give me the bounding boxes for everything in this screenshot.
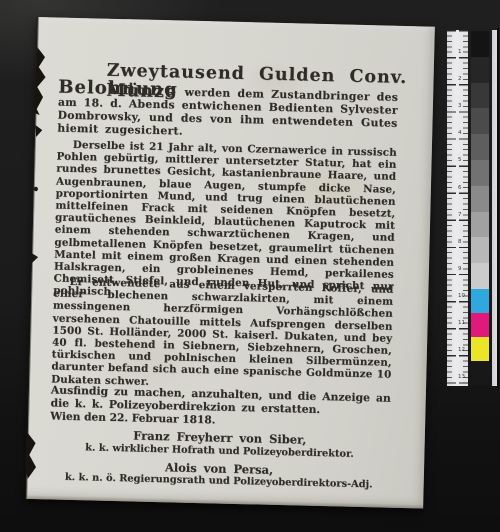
ruler-number: 5 <box>458 157 462 163</box>
ruler-number: 10 <box>458 293 465 299</box>
document-paper: Zweytausend Gulden Conv. Münze Belohnung… <box>26 17 435 509</box>
cyan-patch <box>471 289 489 313</box>
ruler-number: 11 <box>458 320 465 326</box>
gray-step <box>471 83 489 109</box>
calibration-ruler: 12345678910111213 <box>447 30 468 386</box>
torn-edge-decoration <box>21 17 53 499</box>
paragraph-stolen-goods: Er entwendete aus einem versperrten Koff… <box>51 275 394 393</box>
ruler-number: 4 <box>458 130 462 136</box>
gray-step <box>471 108 489 134</box>
ruler-number: 6 <box>458 185 462 191</box>
scanned-photo-background: Zweytausend Gulden Conv. Münze Belohnung… <box>0 0 500 532</box>
grayscale-strip <box>471 31 489 289</box>
ruler-number: 13 <box>458 374 465 380</box>
scan-edge-line <box>497 28 499 388</box>
ruler-number: 12 <box>458 347 465 353</box>
gray-step <box>471 134 489 160</box>
gray-step <box>471 186 489 212</box>
magenta-patch <box>471 313 489 337</box>
gray-step <box>471 160 489 186</box>
ruler-number: 2 <box>458 76 462 82</box>
yellow-patch <box>471 337 489 361</box>
black-patch <box>471 361 489 385</box>
ruler-number: 1 <box>458 49 462 55</box>
gray-step <box>471 31 489 57</box>
gray-step <box>471 263 489 289</box>
color-patch-strip <box>471 289 489 385</box>
gray-step <box>471 57 489 83</box>
ruler-number: 7 <box>458 212 462 218</box>
gray-step <box>471 237 489 263</box>
ruler-number: 3 <box>458 103 462 109</box>
ruler-number: 9 <box>458 266 462 272</box>
gray-step <box>471 212 489 238</box>
ruler-number: 8 <box>458 239 462 245</box>
paragraph-reward: Belohnung werden dem Zustandbringer des … <box>57 81 398 143</box>
